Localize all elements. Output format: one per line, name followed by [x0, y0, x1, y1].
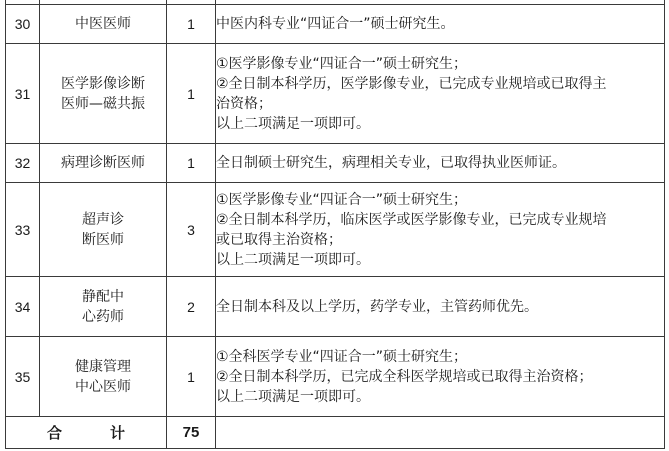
table-row: 35 健康管理 中心医师 1 ①全科医学专业“四证合一”硕士研究生； ②全日制本…: [6, 337, 665, 417]
headcount: 1: [167, 5, 216, 44]
requirements: ①医学影像专业“四证合一”硕士研究生； ②全日制本科学历，临床医学或医学影像专业…: [216, 183, 665, 277]
position-line: 中心医师: [40, 377, 166, 397]
total-label: 合计: [6, 417, 167, 449]
total-label-char: 计: [110, 424, 125, 442]
position-line: 断医师: [40, 230, 166, 250]
requirement-line: 治资格；: [216, 94, 664, 114]
requirement-line: ②全日制本科学历，临床医学或医学影像专业，已完成专业规培: [216, 210, 664, 230]
row-number: 30: [6, 5, 40, 44]
position-line: 健康管理: [40, 357, 166, 377]
requirement-line: ②全日制本科学历，已完成全科医学规培或已取得主治资格；: [216, 367, 664, 387]
requirement-line: 全日制本科及以上学历，药学专业，主管药师优先。: [216, 297, 664, 317]
total-requirement: [216, 417, 665, 449]
table-row: 33 超声诊 断医师 3 ①医学影像专业“四证合一”硕士研究生； ②全日制本科学…: [6, 183, 665, 277]
requirement-line: ①全科医学专业“四证合一”硕士研究生；: [216, 347, 664, 367]
position-name: 医学影像诊断 医师—磁共振: [40, 44, 167, 144]
requirements: 全日制本科及以上学历，药学专业，主管药师优先。: [216, 277, 665, 337]
headcount: 3: [167, 183, 216, 277]
requirements: ①医学影像专业“四证合一”硕士研究生； ②全日制本科学历，医学影像专业，已完成专…: [216, 44, 665, 144]
row-number: 34: [6, 277, 40, 337]
requirement-line: 全日制硕士研究生，病理相关专业，已取得执业医师证。: [216, 153, 664, 173]
position-line: 超声诊: [40, 210, 166, 230]
total-label-char: 合: [47, 424, 62, 442]
position-line: 医学影像诊断: [40, 74, 166, 94]
requirement-line: ①医学影像专业“四证合一”硕士研究生；: [216, 54, 664, 74]
row-number: 35: [6, 337, 40, 417]
requirement-line: 或已取得主治资格；: [216, 230, 664, 250]
total-count: 75: [167, 417, 216, 449]
row-number: 33: [6, 183, 40, 277]
headcount: 1: [167, 44, 216, 144]
requirements: 全日制硕士研究生，病理相关专业，已取得执业医师证。: [216, 144, 665, 183]
table-row: 30 中医医师 1 中医内科专业“四证合一”硕士研究生。: [6, 5, 665, 44]
position-name: 健康管理 中心医师: [40, 337, 167, 417]
headcount: 2: [167, 277, 216, 337]
position-line: 中医医师: [40, 14, 166, 34]
requirements: 中医内科专业“四证合一”硕士研究生。: [216, 5, 665, 44]
recruitment-table: 30 中医医师 1 中医内科专业“四证合一”硕士研究生。 31 医学影像诊断 医…: [5, 0, 665, 449]
headcount: 1: [167, 337, 216, 417]
requirement-line: 以上二项满足一项即可。: [216, 250, 664, 270]
requirements: ①全科医学专业“四证合一”硕士研究生； ②全日制本科学历，已完成全科医学规培或已…: [216, 337, 665, 417]
position-name: 中医医师: [40, 5, 167, 44]
position-line: 心药师: [40, 307, 166, 327]
row-number: 31: [6, 44, 40, 144]
row-number: 32: [6, 144, 40, 183]
position-name: 超声诊 断医师: [40, 183, 167, 277]
requirement-line: 以上二项满足一项即可。: [216, 114, 664, 134]
position-line: 静配中: [40, 287, 166, 307]
position-name: 静配中 心药师: [40, 277, 167, 337]
table-row: 34 静配中 心药师 2 全日制本科及以上学历，药学专业，主管药师优先。: [6, 277, 665, 337]
position-line: 病理诊断医师: [40, 153, 166, 173]
table-row: 32 病理诊断医师 1 全日制硕士研究生，病理相关专业，已取得执业医师证。: [6, 144, 665, 183]
position-line: 医师—磁共振: [40, 94, 166, 114]
table-row: 31 医学影像诊断 医师—磁共振 1 ①医学影像专业“四证合一”硕士研究生； ②…: [6, 44, 665, 144]
position-name: 病理诊断医师: [40, 144, 167, 183]
total-row: 合计 75: [6, 417, 665, 449]
headcount: 1: [167, 144, 216, 183]
requirement-line: 中医内科专业“四证合一”硕士研究生。: [216, 14, 664, 34]
requirement-line: ①医学影像专业“四证合一”硕士研究生；: [216, 190, 664, 210]
requirement-line: 以上二项满足一项即可。: [216, 387, 664, 407]
requirement-line: ②全日制本科学历，医学影像专业，已完成专业规培或已取得主: [216, 74, 664, 94]
